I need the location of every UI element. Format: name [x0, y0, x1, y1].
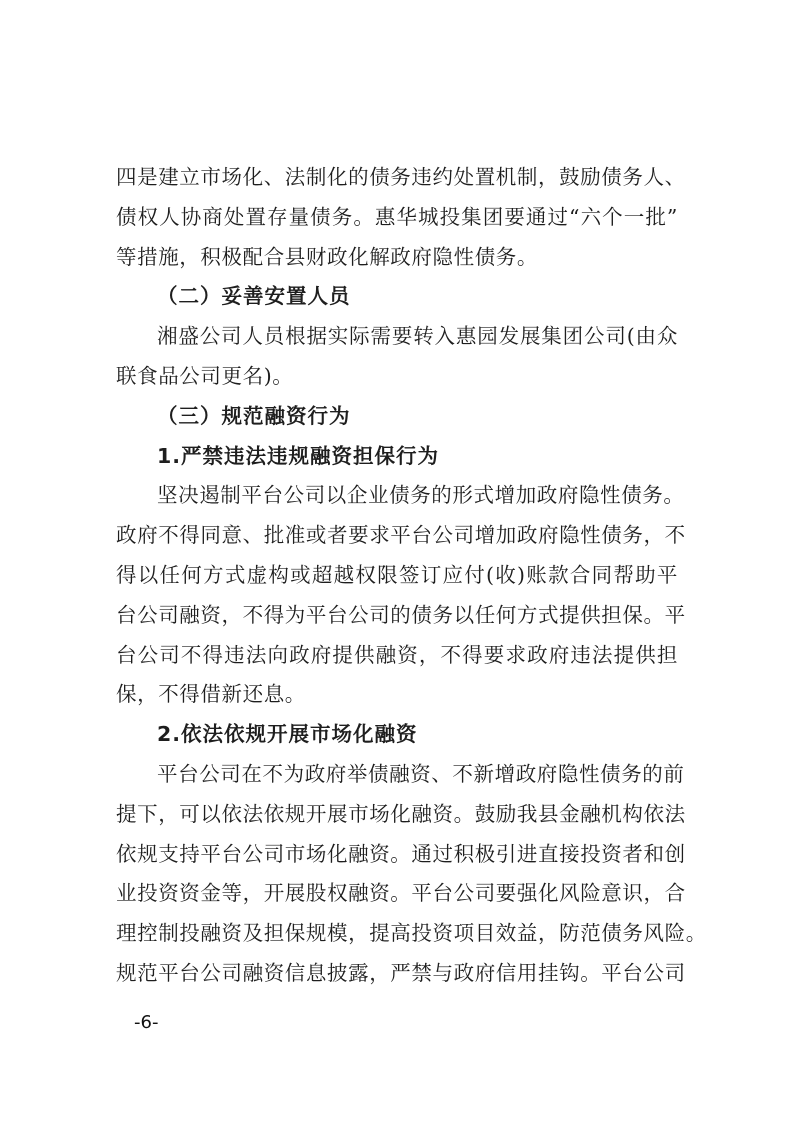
paragraph-line: 提下，可以依法依规开展市场化融资。鼓励我县金融机构依法	[116, 795, 678, 835]
subsection-heading: 1.严禁违法违规融资担保行为	[116, 437, 678, 477]
paragraph-line: 等措施，积极配合县财政化解政府隐性债务。	[116, 238, 678, 278]
paragraph-line: 规范平台公司融资信息披露，严禁与政府信用挂钩。平台公司	[116, 954, 678, 994]
paragraph-line: 保，不得借新还息。	[116, 675, 678, 715]
paragraph-line: 政府不得同意、批准或者要求平台公司增加政府隐性债务，不	[116, 516, 678, 556]
paragraph-line: 四是建立市场化、法制化的债务违约处置机制，鼓励债务人、	[116, 158, 678, 198]
paragraph-line: 平台公司在不为政府举债融资、不新增政府隐性债务的前	[116, 755, 678, 795]
paragraph-line: 联食品公司更名)。	[116, 357, 678, 397]
paragraph-line: 台公司不得违法向政府提供融资，不得要求政府违法提供担	[116, 636, 678, 676]
paragraph-line: 坚决遏制平台公司以企业债务的形式增加政府隐性债务。	[116, 476, 678, 516]
paragraph-line: 业投资资金等，开展股权融资。平台公司要强化风险意识，合	[116, 874, 678, 914]
paragraph-line: 依规支持平台公司市场化融资。通过积极引进直接投资者和创	[116, 835, 678, 875]
page-number: -6-	[134, 1012, 158, 1033]
paragraph-line: 湘盛公司人员根据实际需要转入惠园发展集团公司(由众	[116, 317, 678, 357]
document-page: 四是建立市场化、法制化的债务违约处置机制，鼓励债务人、 债权人协商处置存量债务。…	[116, 158, 678, 994]
subsection-heading: 2.依法依规开展市场化融资	[116, 715, 678, 755]
paragraph-line: 得以任何方式虚构或超越权限签订应付(收)账款合同帮助平	[116, 556, 678, 596]
section-heading: （三）规范融资行为	[116, 397, 678, 437]
section-heading: （二）妥善安置人员	[116, 277, 678, 317]
paragraph-line: 台公司融资，不得为平台公司的债务以任何方式提供担保。平	[116, 596, 678, 636]
paragraph-line: 债权人协商处置存量债务。惠华城投集团要通过“六个一批”	[116, 198, 678, 238]
paragraph-line: 理控制投融资及担保规模，提高投资项目效益，防范债务风险。	[116, 914, 678, 954]
